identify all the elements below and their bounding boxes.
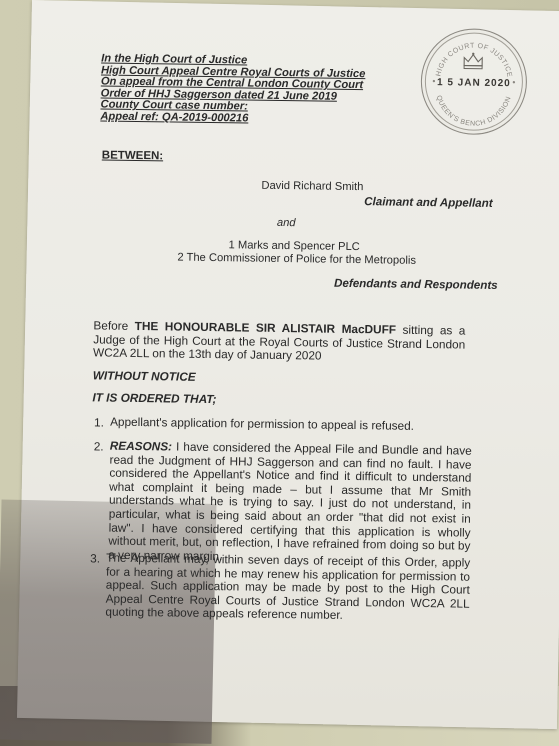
ordered-heading: IT IS ORDERED THAT; bbox=[92, 390, 216, 406]
order-item-2: REASONS: I have considered the Appeal Fi… bbox=[108, 440, 472, 567]
court-header: In the High Court of Justice High Court … bbox=[100, 53, 365, 126]
court-order-page: In the High Court of Justice High Court … bbox=[17, 0, 559, 729]
appeal-reference: Appeal ref: QA-2019-000216 bbox=[100, 111, 365, 126]
order-number: 2. bbox=[94, 439, 104, 453]
order-number: 3. bbox=[90, 551, 100, 565]
stamp-bottom-text: QUEEN'S BENCH DIVISION bbox=[434, 95, 512, 129]
defendants-role: Defendants and Respondents bbox=[334, 277, 498, 292]
before-paragraph: Before THE HONOURABLE SIR ALISTAIR MacDU… bbox=[93, 319, 466, 365]
claimant-name: David Richard Smith bbox=[261, 180, 363, 193]
and-label: and bbox=[277, 217, 296, 229]
order-text: The Appellant may, within seven days of … bbox=[105, 551, 470, 623]
without-notice: WITHOUT NOTICE bbox=[93, 368, 196, 383]
stamp-date: 1 5 JAN 2020 bbox=[422, 77, 526, 89]
claimant-role: Claimant and Appellant bbox=[364, 195, 493, 210]
between-label: BETWEEN: bbox=[102, 149, 164, 162]
reasons-label: REASONS: bbox=[110, 439, 172, 454]
order-item-1: Appellant's application for permission t… bbox=[110, 416, 470, 435]
crown-icon bbox=[462, 52, 484, 70]
order-number: 1. bbox=[94, 415, 104, 429]
svg-text:QUEEN'S BENCH DIVISION: QUEEN'S BENCH DIVISION bbox=[434, 95, 512, 129]
defendant-2: 2 The Commissioner of Police for the Met… bbox=[177, 252, 416, 267]
order-item-3: The Appellant may, within seven days of … bbox=[105, 552, 470, 625]
defendant-1: 1 Marks and Spencer PLC bbox=[229, 239, 360, 253]
order-text: I have considered the Appeal File and Bu… bbox=[108, 439, 472, 562]
court-stamp: HIGH COURT OF JUSTICE QUEEN'S BENCH DIVI… bbox=[420, 28, 527, 135]
before-prefix: Before bbox=[93, 318, 134, 333]
order-text: Appellant's application for permission t… bbox=[110, 415, 414, 433]
